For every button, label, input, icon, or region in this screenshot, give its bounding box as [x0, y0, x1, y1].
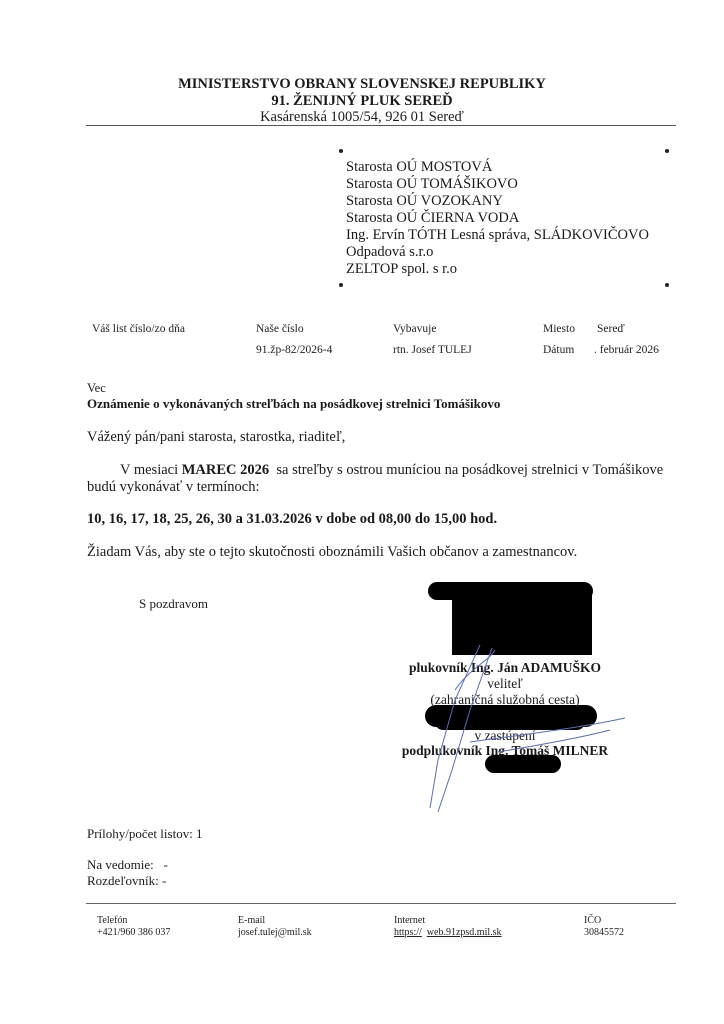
ministry-name: MINISTERSTVO OBRANY SLOVENSKEJ REPUBLIKY	[0, 76, 724, 93]
recipient: Starosta OÚ MOSTOVÁ	[346, 159, 492, 176]
closing: S pozdravom	[139, 596, 208, 612]
recipient: Ing. Ervín TÓTH Lesná správa, SLÁDKOVIČO…	[346, 227, 649, 244]
unit-address: Kasárenská 1005/54, 926 01 Sereď	[0, 109, 724, 126]
ico-label: IČO	[584, 915, 601, 927]
deputy-name: podplukovník Ing. Tomáš MILNER	[380, 743, 630, 759]
salutation: Vážený pán/pani starosta, starostka, ria…	[87, 429, 345, 446]
unit-name: 91. ŽENIJNÝ PLUK SEREĎ	[0, 93, 724, 110]
paragraph-rest: sa streľby s ostrou muníciou na posádkov…	[269, 462, 663, 478]
month-highlight: MAREC 2026	[182, 462, 269, 478]
commander-note: (zahraničná služobná cesta)	[390, 692, 620, 708]
footer-divider	[86, 903, 676, 904]
place-value: Sereď	[597, 323, 625, 335]
commander-name: plukovník Ing. Ján ADAMUŠKO	[390, 660, 620, 676]
commander-role: veliteľ	[390, 676, 620, 692]
recipient: Odpadová s.r.o	[346, 244, 433, 261]
date-value: . február 2026	[594, 344, 659, 356]
website-link[interactable]: https:// web.91zpsd.mil.sk	[394, 927, 502, 939]
paragraph-line-1: V mesiaci MAREC 2026 sa streľby s ostrou…	[120, 462, 663, 479]
corner-mark	[665, 149, 669, 153]
recipient: Starosta OÚ ČIERNA VODA	[346, 210, 519, 227]
email-link[interactable]: josef.tulej@mil.sk	[238, 927, 312, 939]
distribution-line: Rozdeľovník: -	[87, 873, 166, 889]
website-scheme[interactable]: https://	[394, 927, 422, 938]
cc-line: Na vedomie: -	[87, 857, 168, 873]
request-text: Žiadam Vás, aby ste o tejto skutočnosti …	[87, 544, 577, 561]
firing-dates: 10, 16, 17, 18, 25, 26, 30 a 31.03.2026 …	[87, 511, 497, 528]
internet-label: Internet	[394, 915, 425, 927]
header-divider	[86, 125, 676, 126]
phone-value: +421/960 386 037	[97, 927, 170, 939]
our-number-label: Naše číslo	[256, 323, 304, 335]
handled-by-label: Vybavuje	[393, 323, 436, 335]
corner-mark	[339, 283, 343, 287]
paragraph-prefix: V mesiaci	[120, 462, 182, 478]
recipient: Starosta OÚ VOZOKANY	[346, 193, 503, 210]
redaction	[452, 592, 592, 655]
date-label: Dátum	[543, 344, 574, 356]
corner-mark	[339, 149, 343, 153]
website-host[interactable]: web.91zpsd.mil.sk	[427, 927, 502, 938]
our-number-value: 91.žp-82/2026-4	[256, 344, 332, 356]
subject-label: Vec	[87, 381, 106, 396]
recipient: Starosta OÚ TOMÁŠIKOVO	[346, 176, 518, 193]
place-label: Miesto	[543, 323, 575, 335]
attachments: Prílohy/počet listov: 1	[87, 826, 203, 842]
your-letter-label: Váš list číslo/zo dňa	[92, 323, 185, 335]
recipient: ZELTOP spol. s r.o	[346, 261, 457, 278]
handled-by-value: rtn. Josef TULEJ	[393, 344, 472, 356]
ico-value: 30845572	[584, 927, 624, 939]
corner-mark	[665, 283, 669, 287]
subject-title: Oznámenie o vykonávaných streľbách na po…	[87, 396, 500, 412]
paragraph-line-2: budú vykonávať v termínoch:	[87, 479, 260, 496]
deputy-label: v zastúpení	[390, 728, 620, 744]
phone-label: Telefón	[97, 915, 127, 927]
email-label: E-mail	[238, 915, 265, 927]
